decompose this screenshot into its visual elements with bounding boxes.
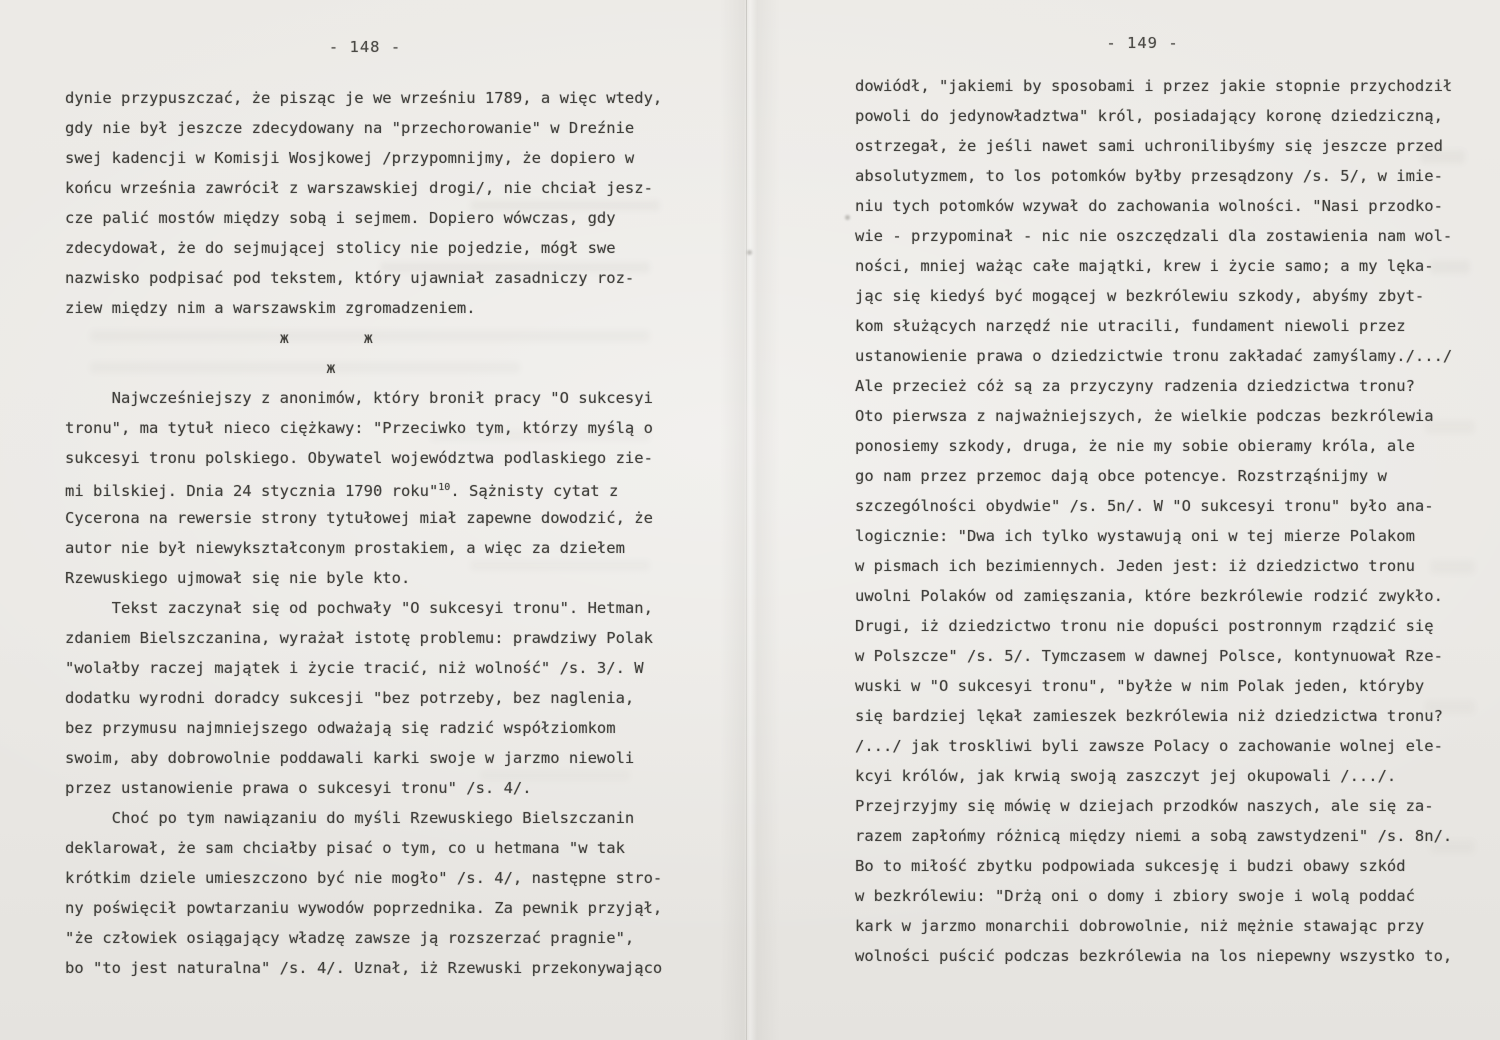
text-line: Choć po tym nawiązaniu do myśli Rzewuski…: [65, 803, 662, 833]
text-line: wuski w "O sukcesyi tronu", "byłże w nim…: [855, 671, 1452, 701]
text-line: Bo to miłość zbytku podpowiada sukcesję …: [855, 851, 1452, 881]
text-line: ustanowienie prawa o dziedzictwie tronu …: [855, 341, 1452, 371]
scan-speck: [845, 215, 850, 220]
text-line: sukcesyi tronu polskiego. Obywatel wojew…: [65, 443, 662, 473]
text-line: ziew między nim a warszawskim zgromadzen…: [65, 293, 662, 323]
page-gutter-fold-line: [746, 0, 747, 1040]
page-gutter-shading: [720, 0, 780, 1040]
text-line: w bezkrólewiu: "Drżą oni o domy i zbiory…: [855, 881, 1452, 911]
bleed-through-artifact: [430, 430, 650, 441]
text-line: dowiódł, "jakiemi by sposobami i przez j…: [855, 71, 1452, 101]
text-line: swej kadencji w Komisji Wosjkowej /przyp…: [65, 143, 662, 173]
text-line: kom służących narzędź nie utracili, fund…: [855, 311, 1452, 341]
text-line: kcyi królów, jak krwią swoją zaszczyt je…: [855, 761, 1452, 791]
text-line: /.../ jak troskliwi byli zawsze Polacy o…: [855, 731, 1452, 761]
text-line: Oto pierwsza z najważniejszych, że wielk…: [855, 401, 1452, 431]
bleed-through-artifact: [1425, 700, 1475, 714]
text-line: wolności puścić podczas bezkrólewia na l…: [855, 941, 1452, 971]
text-line: powoli do jedynowładztwa" król, posiadaj…: [855, 101, 1452, 131]
text-line: Najwcześniejszy z anonimów, który bronił…: [65, 383, 662, 413]
text-line: Ale przecież cóż są za przyczyny radzeni…: [855, 371, 1452, 401]
text-line: w Polszcze" /s. 5/. Tymczasem w dawnej P…: [855, 641, 1452, 671]
text-line: krótkim dziele umieszczono być nie mogło…: [65, 863, 662, 893]
text-line: "wolałby raczej majątek i życie tracić, …: [65, 653, 662, 683]
bleed-through-artifact: [90, 362, 520, 373]
right-page-text: dowiódł, "jakiemi by sposobami i przez j…: [855, 71, 1452, 971]
text-line: ostrzegał, że jeśli nawet sami uchronili…: [855, 131, 1452, 161]
bleed-through-artifact: [1420, 150, 1465, 164]
bleed-through-artifact: [90, 330, 650, 342]
text-line: gdy nie był jeszcze zdecydowany na "prze…: [65, 113, 662, 143]
bleed-through-artifact: [470, 560, 650, 571]
text-line: szczególności obydwie" /s. 5n/. W "O suk…: [855, 491, 1452, 521]
bleed-through-artifact: [1430, 560, 1475, 574]
text-line: uwolni Polaków od zamięszania, które bez…: [855, 581, 1452, 611]
text-line: kark w jarzmo monarchii dobrowolnie, niż…: [855, 911, 1452, 941]
text-line: końcu września zawrócił z warszawskiej d…: [65, 173, 662, 203]
text-line: logicznie: "Dwa ich tylko wystawują oni …: [855, 521, 1452, 551]
bleed-through-artifact: [1430, 840, 1475, 854]
text-line: wie - przypominał - nic nie oszczędzali …: [855, 221, 1452, 251]
document-scan: - 148 - dynie przypuszczać, że pisząc je…: [0, 0, 1500, 1040]
left-page-number: - 148 -: [65, 38, 665, 56]
text-line: ny poświęcił powtarzaniu wywodów poprzed…: [65, 893, 662, 923]
text-line: Przejrzyjmy się mówię w dziejach przodkó…: [855, 791, 1452, 821]
text-line: razem zapłońmy różnicą między niemi a so…: [855, 821, 1452, 851]
bleed-through-artifact: [380, 262, 650, 273]
text-line: swoim, aby dobrowolnie poddawali karki s…: [65, 743, 662, 773]
text-line: zdaniem Bielszczanina, wyrażał istotę pr…: [65, 623, 662, 653]
text-line: się bardziej lękał zamieszek bezkrólewia…: [855, 701, 1452, 731]
text-line: ponosiemy szkody, druga, że nie my sobie…: [855, 431, 1452, 461]
bleed-through-artifact: [1425, 420, 1475, 434]
text-line: "że człowiek osiągający władzę zawsze ją…: [65, 923, 662, 953]
text-line: mi bilskiej. Dnia 24 stycznia 1790 roku"…: [65, 473, 662, 503]
bleed-through-artifact: [470, 200, 660, 211]
text-line: bo "to jest naturalna" /s. 4/. Uznał, iż…: [65, 953, 662, 983]
left-page-text: dynie przypuszczać, że pisząc je we wrze…: [65, 83, 662, 983]
text-line: Drugi, iż dziedzictwo tronu nie dopuści …: [855, 611, 1452, 641]
text-line: niu tych potomków wzywał do zachowania w…: [855, 191, 1452, 221]
text-line: jąc się kiedyś być mogącej w bezkrólewiu…: [855, 281, 1452, 311]
text-line: deklarował, że sam chciałby pisać o tym,…: [65, 833, 662, 863]
text-line: Cycerona na rewersie strony tytułowej mi…: [65, 503, 662, 533]
bleed-through-artifact: [480, 770, 630, 781]
text-line: w pismach ich bezimiennych. Jeden jest: …: [855, 551, 1452, 581]
text-line: dodatku wyrodni doradcy sukcesji "bez po…: [65, 683, 662, 713]
text-line: Tekst zaczynał się od pochwały "O sukces…: [65, 593, 662, 623]
text-line: absolutyzmem, to los potomków byłby prze…: [855, 161, 1452, 191]
text-line: autor nie był niewykształconym prostakie…: [65, 533, 662, 563]
text-line: bez przymusu najmniejszego odważają się …: [65, 713, 662, 743]
right-page-number: - 149 -: [855, 34, 1430, 52]
bleed-through-artifact: [1430, 260, 1470, 274]
scan-speck: [747, 250, 752, 255]
text-line: zdecydował, że do sejmującej stolicy nie…: [65, 233, 662, 263]
text-line: dynie przypuszczać, że pisząc je we wrze…: [65, 83, 662, 113]
text-line: ności, mniej ważąc całe majątki, krew i …: [855, 251, 1452, 281]
text-line: go nam przez przemoc dają obce potencye.…: [855, 461, 1452, 491]
